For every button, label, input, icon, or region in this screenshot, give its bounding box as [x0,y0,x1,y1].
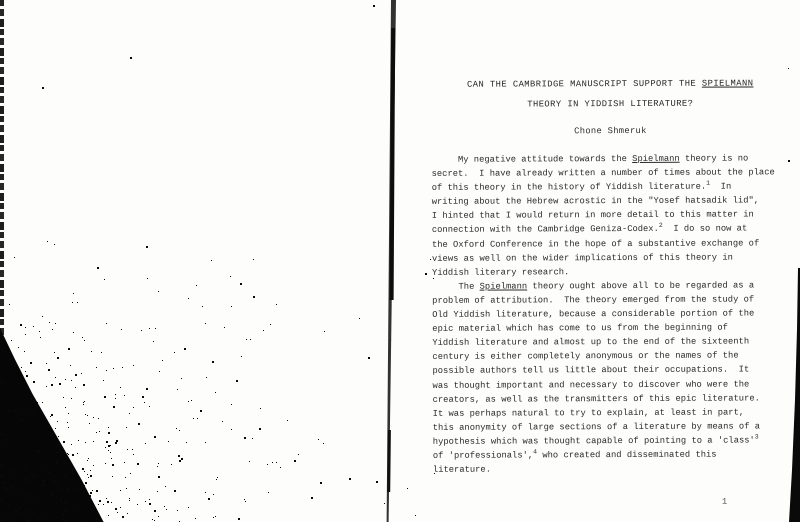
text-line: creators, as well as the transmitters of… [433,391,789,407]
page-number: 1 [722,497,727,507]
text-line: of this theory in the history of Yiddish… [432,179,788,195]
typescript-page: CAN THE CAMBRIDGE MANUSCRIPT SUPPORT THE… [0,0,800,522]
text-line: the Oxford Conference in the hope of a s… [432,236,788,252]
text-line: hypothesis which was thought capable of … [433,433,789,449]
text-line: writing about the Hebrew acrostic in the… [432,194,788,210]
text-line: was thought important and necessary to d… [433,377,789,393]
text-line: CAN THE CAMBRIDGE MANUSCRIPT SUPPORT THE… [435,74,785,95]
text-line: The Spielmann theory ought above all to … [432,278,788,294]
text-line: problem of attribution. The theory emerg… [432,292,788,308]
author-name: Chone Shmeruk [435,125,785,137]
text-line: secret. I have already written a number … [432,165,788,181]
text-line: It was perhaps natural to try to explain… [433,405,789,421]
text-line: Yiddish literary research. [432,264,788,280]
text-line: Old Yiddish literature, because a consid… [432,306,788,322]
text-line: THEORY IN YIDDISH LITERATURE? [435,94,785,115]
text-line: connection with the Cambridge Geniza-Cod… [432,222,788,238]
text-line: Yiddish literature and almost up to the … [432,335,788,351]
text-line: My negative attitude towards the Spielma… [432,151,788,167]
text-line: this anonymity of large sections of a li… [433,419,789,435]
paragraph: The Spielmann theory ought above all to … [432,278,789,477]
text-line: literature. [433,461,789,477]
text-line: views as well on the wider implications … [432,250,788,266]
document-title: CAN THE CAMBRIDGE MANUSCRIPT SUPPORT THE… [435,74,785,115]
text-line: possible authors tell us little about th… [432,363,788,379]
document-body: My negative attitude towards the Spielma… [432,151,789,477]
text-line: century is either completely anonymous o… [432,349,788,365]
text-line: of 'professionals',4 who created and dis… [433,447,789,463]
scanned-document: CAN THE CAMBRIDGE MANUSCRIPT SUPPORT THE… [0,0,800,522]
paragraph: My negative attitude towards the Spielma… [432,151,789,279]
text-line: I hinted that I would return in more det… [432,208,788,224]
text-line: epic material which has come to us from … [432,320,788,336]
